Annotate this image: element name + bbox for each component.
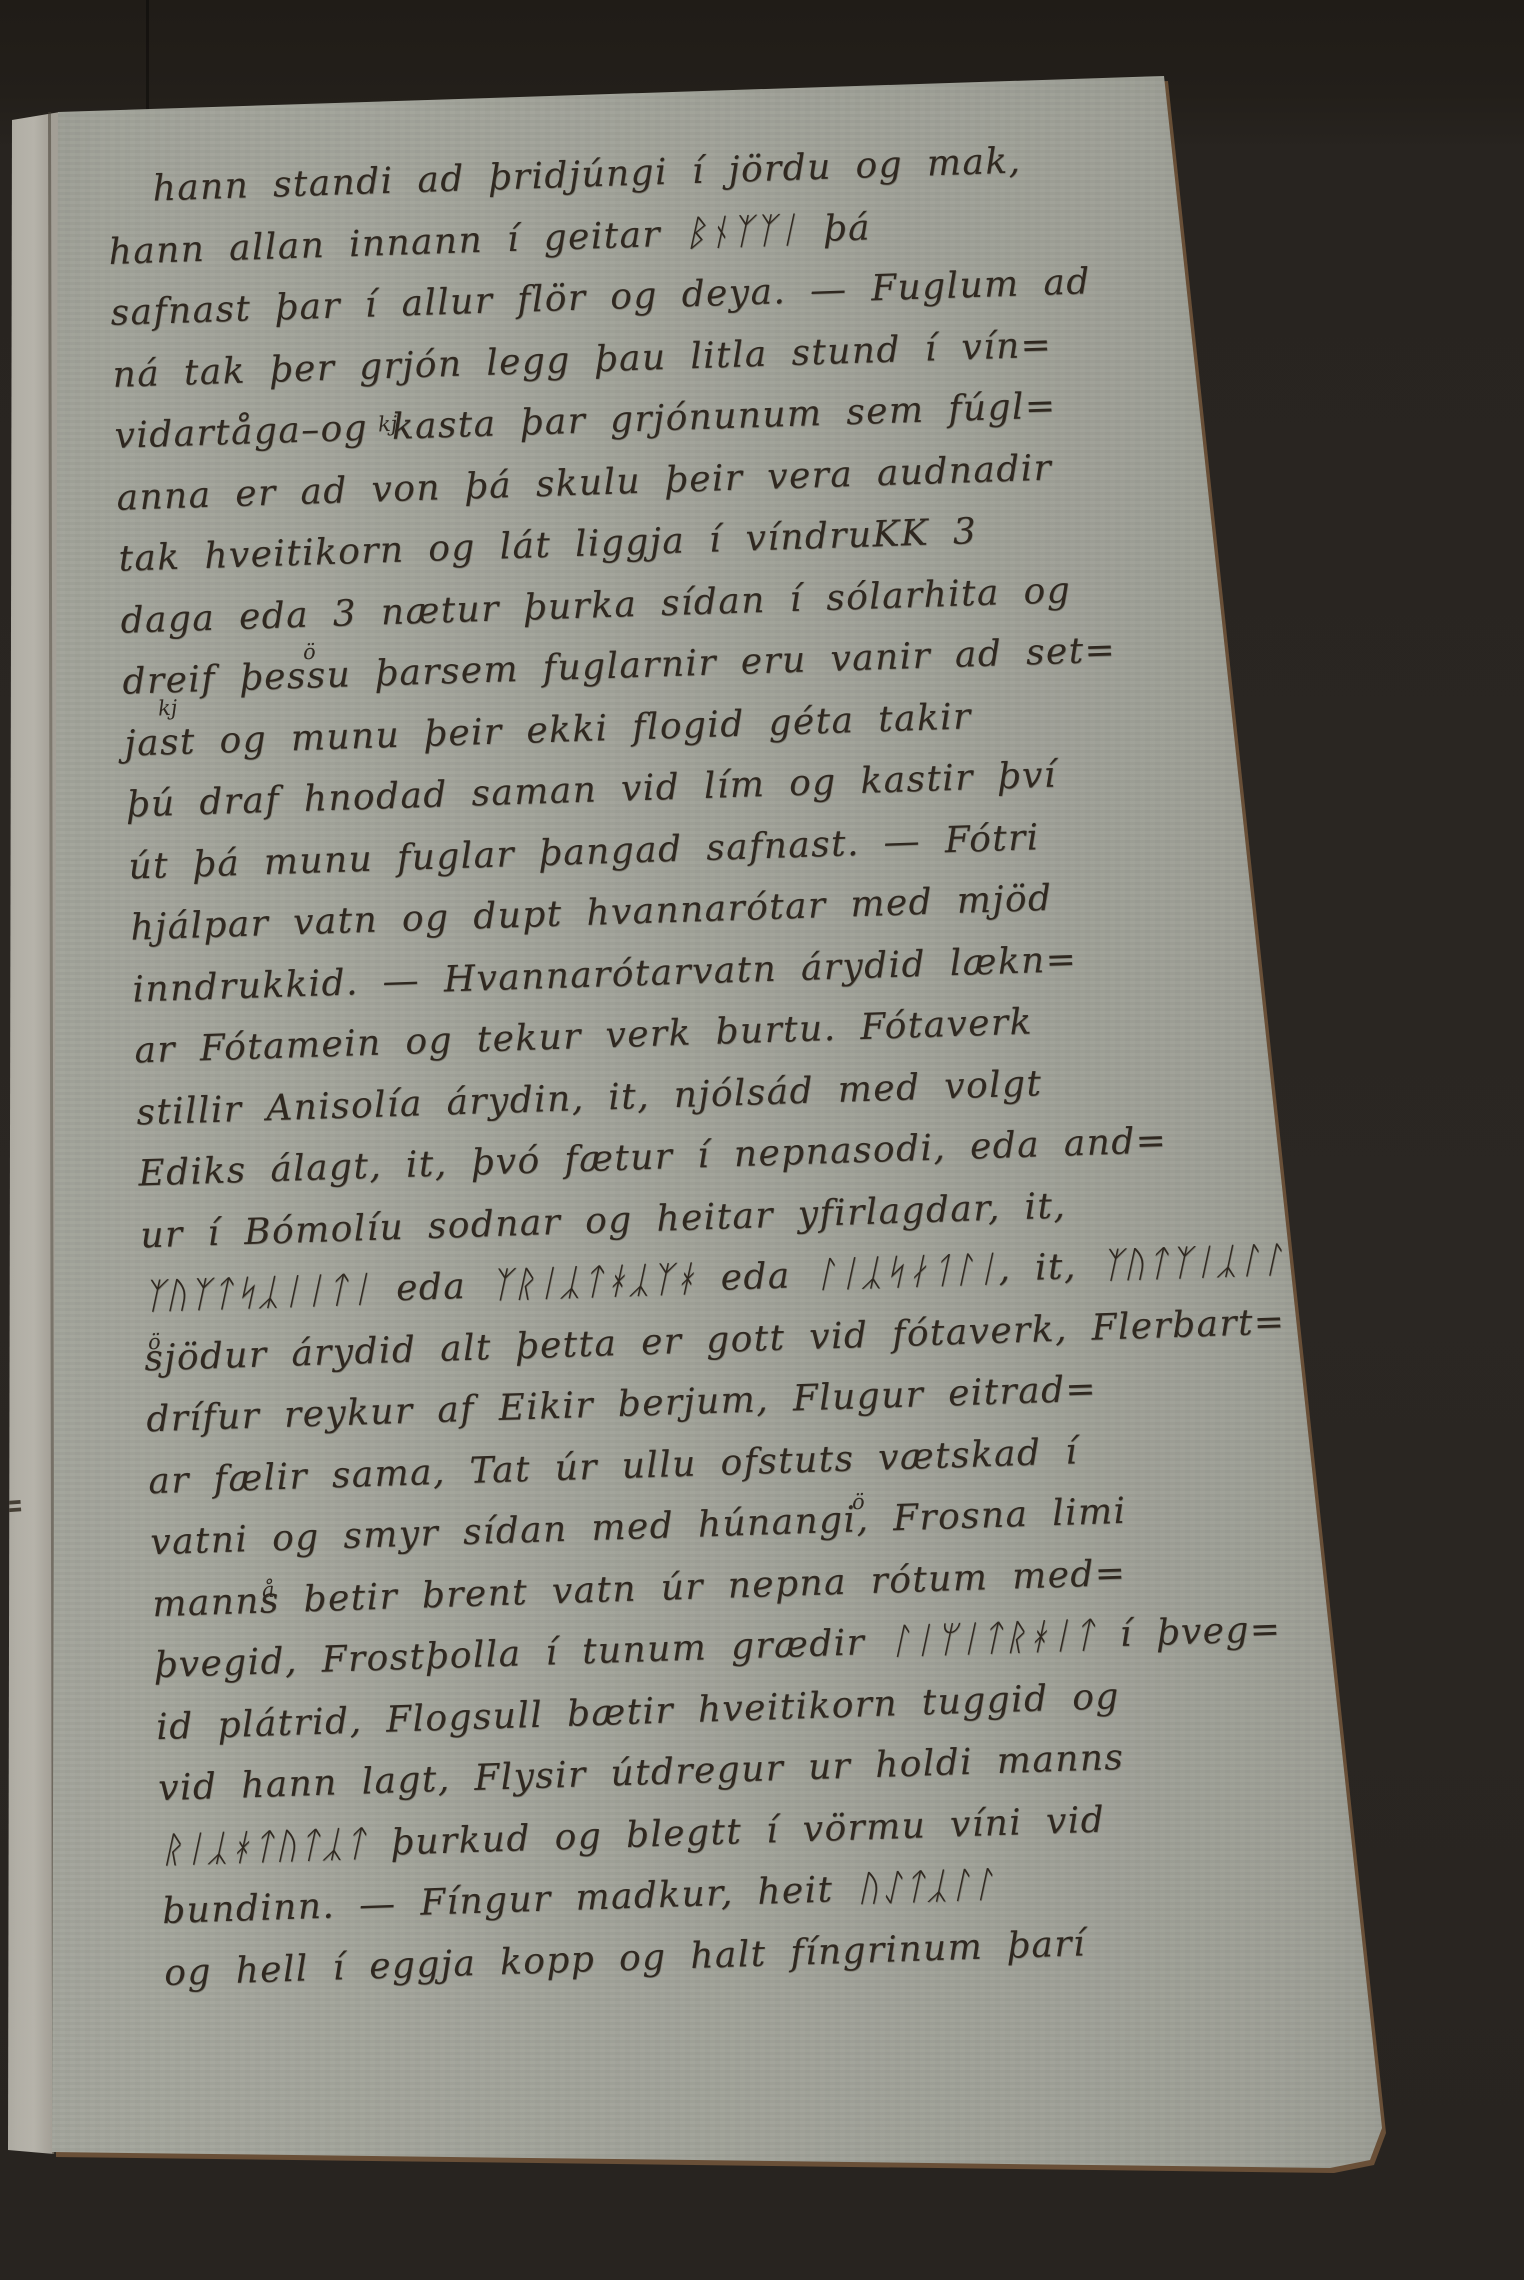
bleed-ink-fragment: t: [0, 1688, 5, 1729]
superscript-insertion: å: [261, 1578, 275, 1603]
superscript-insertion: kj: [157, 696, 177, 721]
superscript-insertion: kj: [377, 412, 397, 437]
bleed-ink-fragment: y: [0, 1381, 9, 1422]
bleed-ink-fragment: =: [0, 1485, 26, 1527]
backdrop-crease: [146, 0, 149, 118]
photo-backdrop: ky=t hann standi ad þridjúngi í jördu og…: [0, 0, 1524, 2280]
superscript-insertion: ö: [302, 640, 316, 665]
superscript-insertion: ö: [851, 1490, 865, 1515]
manuscript-page: hann standi ad þridjúngi í jördu og mak,…: [0, 0, 1524, 2280]
bleed-ink-fragment: k: [0, 1179, 11, 1221]
superscript-insertion: ö: [147, 1330, 161, 1355]
